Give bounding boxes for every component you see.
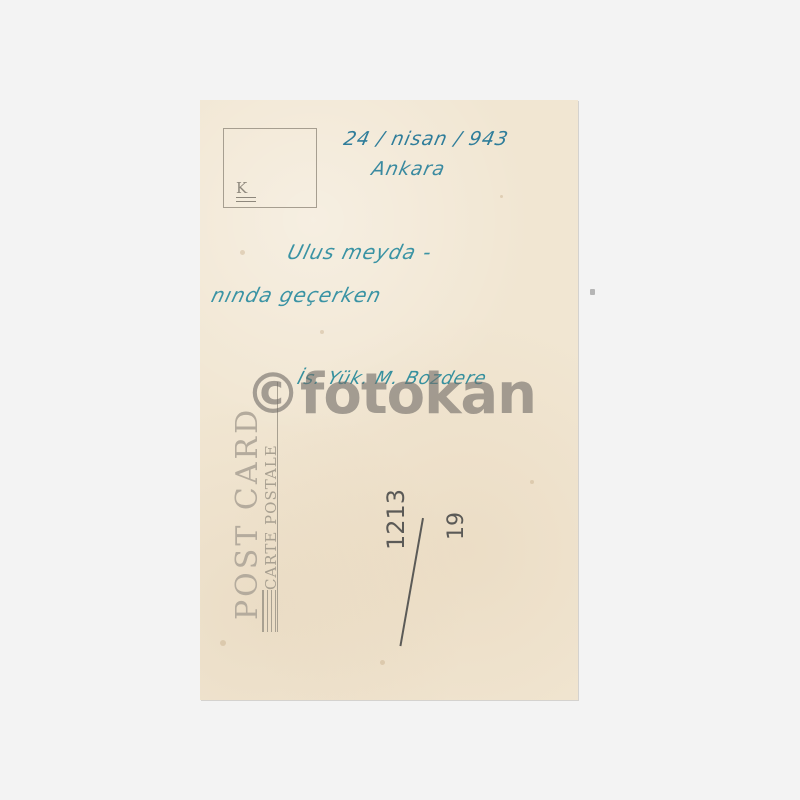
stain [380, 660, 385, 665]
stain [220, 640, 226, 646]
printed-post-card-title: POST CARD [230, 407, 265, 620]
handwritten-line-1: Ulus meyda - [285, 240, 435, 264]
stain [530, 480, 534, 484]
stamp-mark: K [236, 181, 247, 196]
pencil-note-right: 19 [444, 512, 469, 540]
stain [320, 330, 324, 334]
stain [240, 250, 245, 255]
stain [500, 195, 503, 198]
stamp-mark-underline [236, 197, 256, 202]
stamp-box: K [223, 128, 317, 208]
watermark: ©fotokan [245, 367, 536, 423]
divider-bars [262, 590, 279, 632]
edge-mark [590, 289, 595, 295]
pencil-note-left: 1213 [382, 489, 410, 550]
handwritten-line-2: nında geçerken [209, 283, 384, 307]
handwritten-date: 24 / nisan / 943 [342, 128, 511, 150]
handwritten-place: Ankara [370, 158, 448, 180]
